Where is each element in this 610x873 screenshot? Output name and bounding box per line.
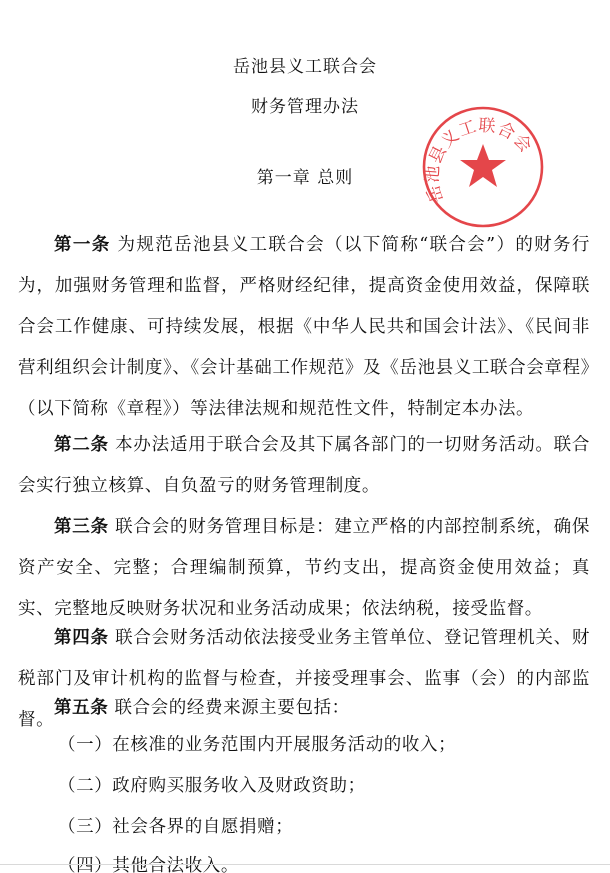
funding-item: （四）其他合法收入。: [58, 852, 239, 873]
funding-item: （一）在核准的业务范围内开展服务活动的收入；: [58, 731, 456, 756]
article-label: 第一条: [54, 235, 111, 255]
article-5: 第五条 联合会的经费来源主要包括：: [18, 688, 590, 729]
page-divider: [0, 864, 610, 865]
article-1: 第一条 为规范岳池县义工联合会（以下简称“联合会”）的财务行为，加强财务管理和监…: [18, 225, 590, 430]
article-2: 第二条 本办法适用于联合会及其下属各部门的一切财务活动。联合会实行独立核算、自负…: [18, 425, 590, 507]
article-label: 第五条: [54, 698, 108, 718]
article-3: 第三条 联合会的财务管理目标是：建立严格的内部控制系统，确保资产安全、完整；合理…: [18, 507, 590, 630]
star-icon: [460, 144, 506, 187]
article-text: 联合会的经费来源主要包括：: [108, 698, 349, 718]
article-text: 为规范岳池县义工联合会（以下简称“联合会”）的财务行为，加强财务管理和监督，严格…: [18, 235, 590, 419]
funding-item: （二）政府购买服务收入及财政资助；: [58, 772, 366, 797]
official-seal-icon: 岳池县义工联合会: [420, 104, 546, 230]
article-label: 第二条: [54, 435, 109, 455]
funding-item: （三）社会各界的自愿捐赠；: [58, 813, 293, 838]
article-label: 第三条: [54, 517, 109, 537]
document-page: 岳池县义工联合会 财务管理办法 第一章 总则 岳池县义工联合会 第一条 为规范岳…: [0, 0, 610, 873]
article-label: 第四条: [54, 628, 109, 648]
organization-title: 岳池县义工联合会: [0, 52, 610, 77]
